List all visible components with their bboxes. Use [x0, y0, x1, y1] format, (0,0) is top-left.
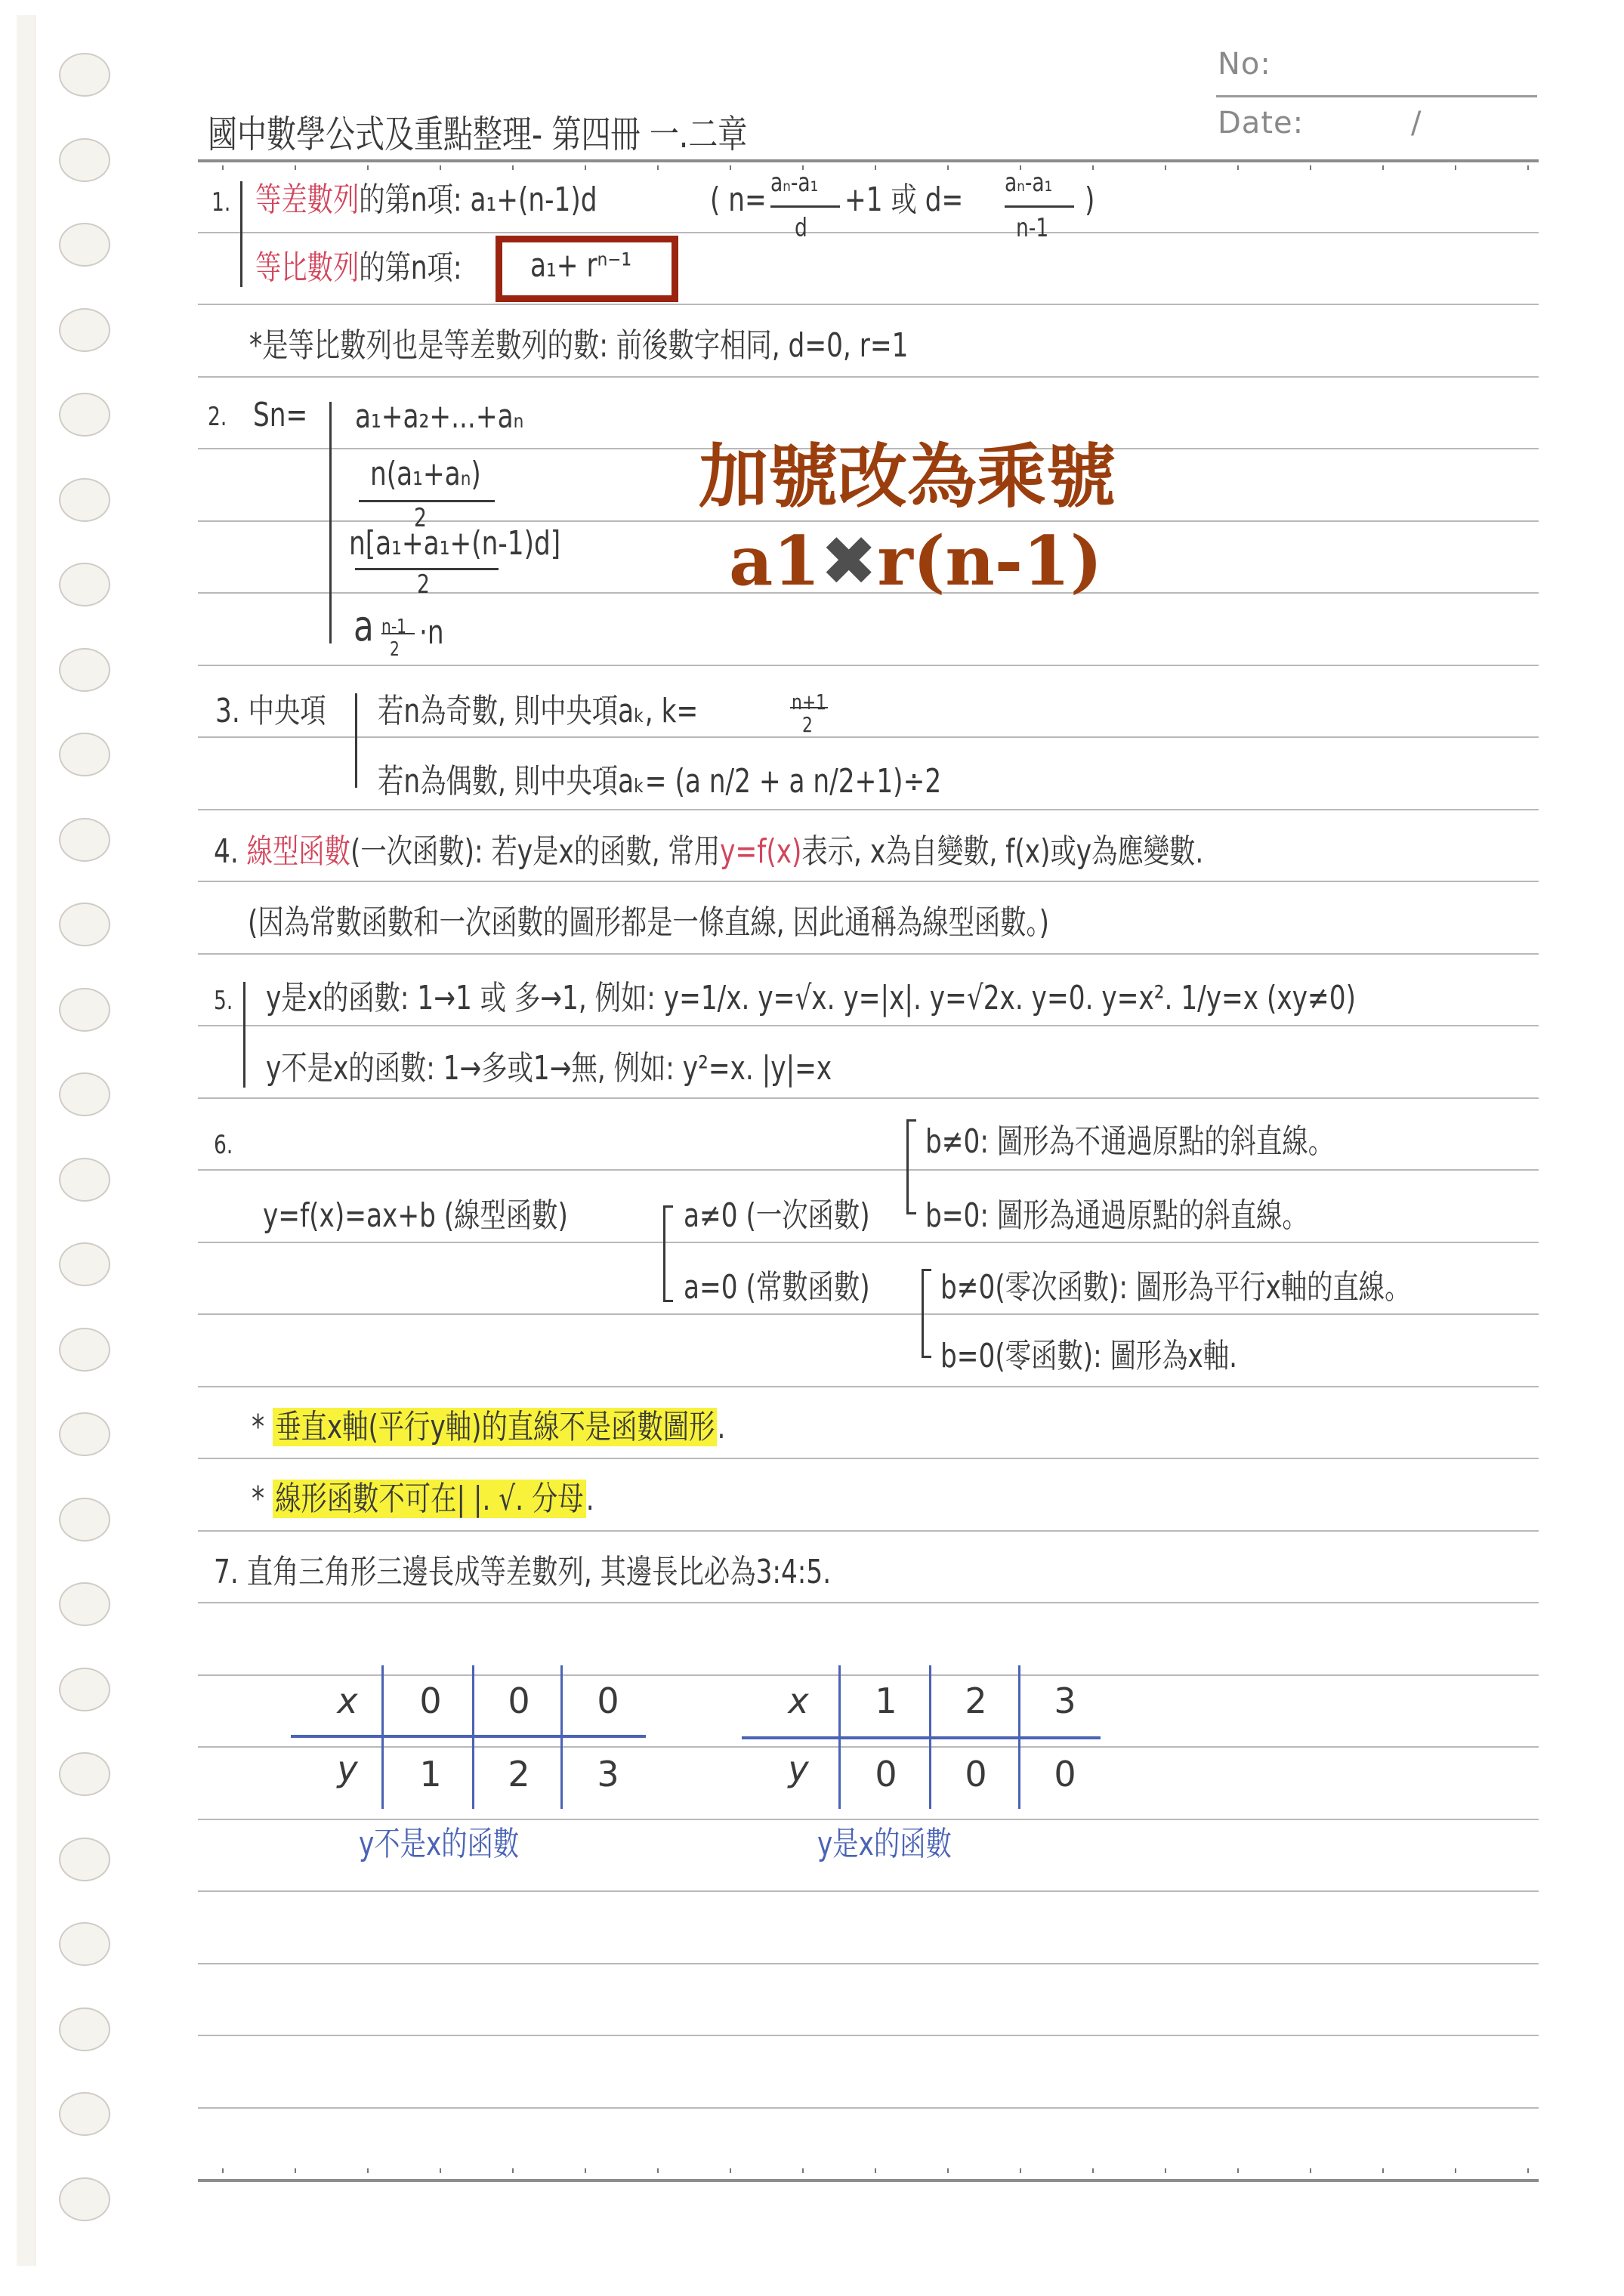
tick-mark: [730, 2168, 731, 2173]
tick-mark: [512, 165, 514, 170]
tick-mark: [1527, 165, 1529, 170]
table1-x-3: 0: [567, 1680, 650, 1721]
section5-bar: [243, 982, 245, 1088]
punch-hole: [59, 53, 110, 97]
punch-hole: [59, 903, 110, 946]
date-separator: /: [1411, 106, 1421, 140]
table1-y-3: 3: [567, 1754, 650, 1795]
table2-caption: y是x的函數: [817, 1822, 952, 1867]
table1-caption: y不是x的函數: [359, 1822, 519, 1867]
tick-mark: [730, 165, 731, 170]
table1-hline: [291, 1735, 646, 1738]
sn-form-2-bar: [359, 500, 495, 502]
table2-hline: [742, 1736, 1101, 1739]
section6-bracket-b1: [906, 1119, 916, 1214]
punch-hole: [59, 988, 110, 1032]
section1-number: 1.: [211, 180, 230, 225]
table1-x-2: 0: [477, 1680, 560, 1721]
arith-n-denominator: d: [795, 205, 807, 251]
note1-text: 垂直x軸(平行y軸)的直線不是函數圖形: [273, 1408, 717, 1446]
section2-bar: [329, 402, 332, 643]
section1-bar: [240, 181, 242, 287]
table1-x-1: 0: [389, 1680, 472, 1721]
ruled-line: [198, 1169, 1539, 1171]
tick-mark: [440, 2168, 441, 2173]
section6-bracket-b2: [922, 1269, 931, 1358]
arith-n-numerator: aₙ-a₁: [770, 160, 818, 205]
punch-hole: [59, 648, 110, 692]
sn-form-4-tail: ·n: [419, 610, 444, 656]
ruled-line: [198, 1025, 1539, 1026]
arith-text: 的第n項: a₁+(n-1)d: [359, 181, 597, 219]
tick-mark: [1382, 2168, 1384, 2173]
section6-root: y=f(x)=ax+b (線型函數): [263, 1193, 568, 1239]
punch-hole: [59, 2177, 110, 2221]
arith-term: 等差數列: [255, 181, 359, 219]
tick-mark: [1092, 165, 1094, 170]
geo-term: 等比數列: [255, 248, 359, 287]
section3-bar: [355, 693, 357, 788]
punch-hole: [59, 563, 110, 606]
section7-text: 直角三角形三邊長成等差數列, 其邊長比必為3:4:5.: [247, 1553, 831, 1591]
punch-hole: [59, 2092, 110, 2136]
binding-strip: [17, 15, 36, 2266]
section4-line1: 4. 線型函數(一次函數): 若y是x的函數, 常用y=f(x)表示, x為自變…: [214, 829, 1203, 875]
section6-bracket-a: [663, 1205, 673, 1302]
ruled-line: [198, 1963, 1539, 1964]
ruled-line: [198, 2035, 1539, 2036]
ruled-line: [198, 2107, 1539, 2109]
date-label: Date:: [1218, 106, 1304, 140]
branch-b-nonzero-constant: b≠0(零次函數): 圖形為平行x軸的直線。: [940, 1265, 1410, 1310]
section3-odd: 若n為奇數, 則中央項aₖ, k=: [378, 689, 698, 734]
punch-hole: [59, 2007, 110, 2051]
punch-hole: [59, 138, 110, 182]
tick-mark: [1382, 165, 1384, 170]
annotation-rn: r(n-1): [877, 521, 1102, 601]
ruled-line: [198, 1313, 1539, 1315]
section2-number: 2.: [208, 394, 227, 440]
note2-star: *: [252, 1480, 264, 1518]
tick-mark: [222, 2168, 224, 2173]
annotation-formula: a1✖r(n-1): [729, 521, 1102, 601]
sn-form-4-sub-den: 2: [390, 627, 400, 672]
tick-mark: [947, 2168, 949, 2173]
punch-hole: [59, 818, 110, 862]
punch-hole: [59, 1328, 110, 1372]
punch-hole: [59, 1072, 110, 1116]
annotation-title: 加號改為乘號: [699, 421, 1116, 521]
section7-number: 7.: [214, 1553, 239, 1591]
tick-mark: [1165, 165, 1166, 170]
function-notation: y=f(x): [720, 832, 801, 871]
punch-hole: [59, 1498, 110, 1541]
ruled-line: [198, 881, 1539, 882]
sn-form-1: a₁+a₂+...+aₙ: [355, 394, 523, 440]
section4-text2: 表示, x為自變數, f(x)或y為應變數.: [801, 832, 1203, 871]
section4-line2: (因為常數函數和一次函數的圖形都是一條直線, 因此通稱為線型函數。): [248, 900, 1049, 946]
punch-hole: [59, 1922, 110, 1966]
table2-x-1: 1: [844, 1680, 928, 1721]
tick-mark: [1455, 165, 1456, 170]
tick-mark: [1310, 165, 1311, 170]
branch-a-zero: a=0 (常數函數): [684, 1265, 870, 1310]
ruled-line: [198, 1819, 1539, 1820]
table2-y-header: y: [757, 1748, 840, 1789]
ruled-line: [198, 1746, 1539, 1748]
punch-hole: [59, 478, 110, 522]
tick-mark: [367, 165, 369, 170]
tick-mark: [1527, 2168, 1529, 2173]
ruled-line: [198, 736, 1539, 738]
punch-hole: [59, 1158, 110, 1202]
punch-hole: [59, 308, 110, 352]
table1-x-header: x: [306, 1680, 389, 1721]
arith-paren-open: ( n=: [710, 177, 767, 223]
tick-mark: [1310, 2168, 1311, 2173]
ruled-line: [198, 304, 1539, 305]
tick-mark: [367, 2168, 369, 2173]
punch-hole: [59, 1412, 110, 1456]
table1-y-header: y: [306, 1748, 389, 1789]
arith-plus1-or: +1 或 d=: [844, 177, 963, 223]
table2-x-2: 2: [934, 1680, 1017, 1721]
sn-form-3-numerator: n[a₁+a₁+(n-1)d]: [349, 521, 560, 566]
highlight-note-2: * 線形函數不可在| |. √. 分母.: [252, 1477, 594, 1522]
tick-mark: [585, 165, 586, 170]
ruled-line: [198, 809, 1539, 810]
tick-marks: [198, 2168, 1539, 2176]
ruled-line: [198, 1242, 1539, 1243]
section6-number: 6.: [214, 1122, 233, 1168]
punch-hole: [59, 393, 110, 437]
footer-rule: [198, 2179, 1539, 2182]
tick-mark: [875, 2168, 876, 2173]
no-underline: [1216, 95, 1537, 97]
sn-form-3-denominator: 2: [417, 562, 430, 607]
arith-d-numerator: aₙ-a₁: [1005, 160, 1052, 205]
punch-hole: [59, 1752, 110, 1796]
punch-hole: [59, 1668, 110, 1711]
branch-b-zero-constant: b=0(零函數): 圖形為x軸.: [940, 1334, 1237, 1379]
tick-mark: [875, 165, 876, 170]
odd-k-denominator: 2: [802, 702, 813, 748]
section1-geo-line: 等比數列的第n項:: [255, 245, 462, 291]
punch-hole: [59, 733, 110, 776]
header-rule: [198, 159, 1539, 162]
multiply-icon: ✖: [820, 522, 877, 601]
section5-not-function: y不是x的函數: 1→多或1→無, 例如: y²=x. |y|=x: [266, 1046, 832, 1091]
sn-form-4-a: a: [354, 604, 374, 650]
table1-y-1: 1: [389, 1754, 472, 1795]
tick-marks: [198, 165, 1539, 173]
note2-text: 線形函數不可在| |. √. 分母: [273, 1480, 586, 1518]
table1-y-2: 2: [477, 1754, 560, 1795]
arith-d-denominator: n-1: [1016, 205, 1048, 251]
geo-formula: a₁+ rⁿ⁻¹: [530, 243, 631, 289]
table2-x-3: 3: [1023, 1680, 1107, 1721]
section4-number: 4.: [214, 832, 239, 871]
section3-title: 中央項: [249, 692, 326, 730]
tick-mark: [1237, 165, 1239, 170]
geo-text: 的第n項:: [359, 248, 462, 287]
punch-hole: [59, 1582, 110, 1626]
tick-mark: [1455, 2168, 1456, 2173]
section5-is-function: y是x的函數: 1→1 或 多→1, 例如: y=1/x. y=√x. y=|x…: [266, 976, 1356, 1021]
note1-star: *: [252, 1408, 264, 1446]
ruled-line: [198, 1097, 1539, 1099]
ruled-line: [198, 1674, 1539, 1676]
section5-number: 5.: [214, 978, 233, 1023]
arith-paren-close: ): [1085, 177, 1095, 223]
tick-mark: [222, 165, 224, 170]
tick-mark: [657, 2168, 659, 2173]
annotation-a1: a1: [729, 521, 820, 601]
notebook-page: No: Date: / 國中數學公式及重點整理- 第四冊 一.二章 1. 等差數…: [0, 0, 1624, 2296]
note1-end: .: [718, 1408, 726, 1446]
section1-note: *是等比數列也是等差數列的數: 前後數字相同, d=0, r=1: [249, 323, 908, 369]
tick-mark: [947, 165, 949, 170]
table2-y-3: 0: [1023, 1754, 1107, 1795]
note2-end: .: [586, 1480, 594, 1518]
ruled-line: [198, 1386, 1539, 1387]
tick-mark: [657, 165, 659, 170]
section1-arith-line: 等差數列的第n項: a₁+(n-1)d: [255, 177, 597, 223]
ruled-line: [198, 1530, 1539, 1532]
table2-x-header: x: [757, 1680, 840, 1721]
punch-hole: [59, 1242, 110, 1286]
highlight-note-1: * 垂直x軸(平行y軸)的直線不是函數圖形.: [252, 1405, 725, 1450]
ruled-line: [198, 1602, 1539, 1603]
section3-label: 3. 中央項: [215, 689, 326, 734]
tick-mark: [1165, 2168, 1166, 2173]
tick-mark: [295, 165, 296, 170]
table2-y-2: 0: [934, 1754, 1017, 1795]
ruled-line: [198, 1458, 1539, 1459]
linear-function-term: 線型函數: [247, 832, 350, 871]
tick-mark: [585, 2168, 586, 2173]
table2-y-1: 0: [844, 1754, 928, 1795]
ruled-line: [198, 232, 1539, 233]
section3-number: 3.: [215, 692, 240, 730]
tick-mark: [295, 2168, 296, 2173]
branch-b-zero-linear: b=0: 圖形為通過原點的斜直線。: [925, 1193, 1308, 1239]
ruled-line: [198, 376, 1539, 378]
section4-text1: (一次函數): 若y是x的函數, 常用: [350, 832, 720, 871]
ruled-line: [198, 1890, 1539, 1892]
section3-even: 若n為偶數, 則中央項aₖ= (a n/2 + a n/2+1)÷2: [378, 759, 941, 804]
sn-form-2-numerator: n(a₁+aₙ): [370, 452, 481, 497]
punch-hole: [59, 1838, 110, 1881]
tick-mark: [512, 2168, 514, 2173]
punch-hole: [59, 223, 110, 267]
tick-mark: [1237, 2168, 1239, 2173]
ruled-line: [198, 953, 1539, 955]
branch-a-nonzero: a≠0 (一次函數): [684, 1193, 870, 1239]
branch-b-nonzero-linear: b≠0: 圖形為不通過原點的斜直線。: [925, 1119, 1334, 1165]
tick-mark: [1020, 2168, 1021, 2173]
section7-line: 7. 直角三角形三邊長成等差數列, 其邊長比必為3:4:5.: [214, 1550, 831, 1595]
tick-mark: [802, 2168, 804, 2173]
tick-mark: [1092, 2168, 1094, 2173]
tick-mark: [440, 165, 441, 170]
sn-label: Sn=: [253, 393, 307, 438]
no-label: No:: [1218, 47, 1271, 82]
page-title: 國中數學公式及重點整理- 第四冊 一.二章: [208, 112, 747, 157]
